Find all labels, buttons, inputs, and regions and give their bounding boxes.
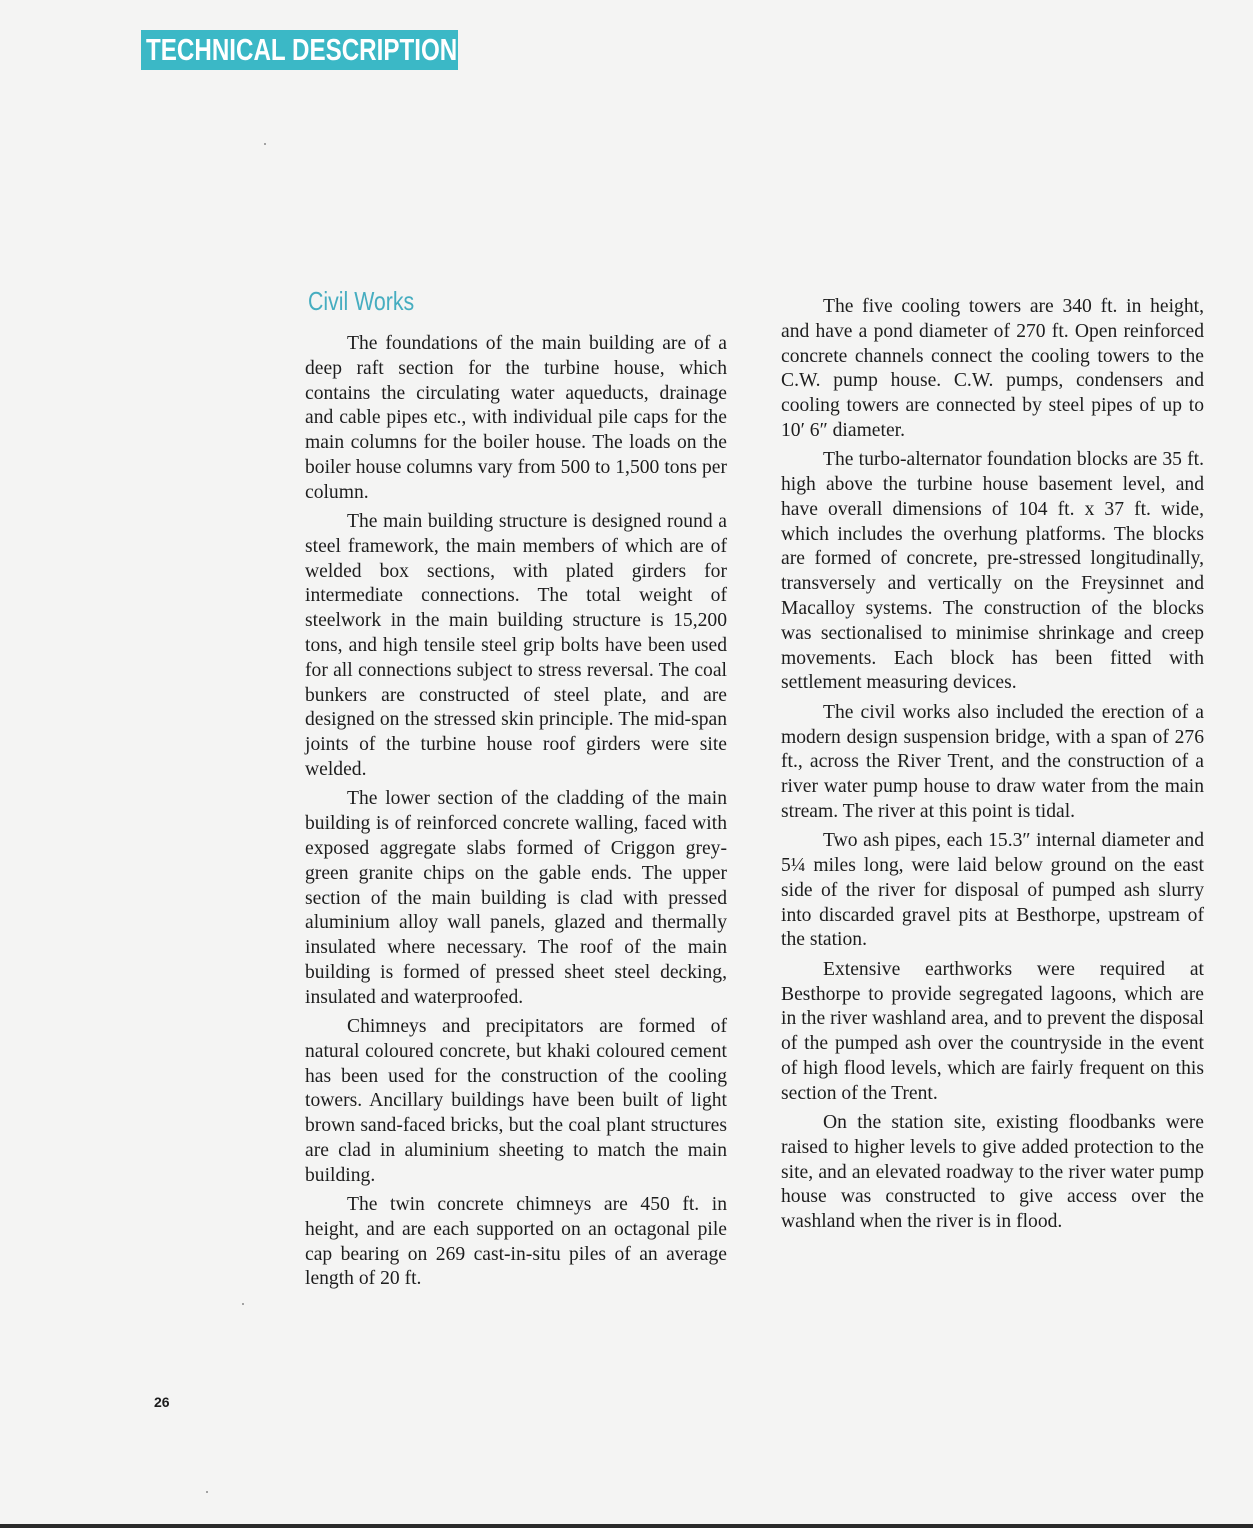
right-text-column: The five cooling towers are 340 ft. in h… — [781, 295, 1204, 1239]
scan-speck — [242, 1303, 244, 1305]
banner-title: TECHNICAL DESCRIPTION — [146, 30, 457, 70]
paragraph-cladding: The lower section of the cladding of the… — [305, 787, 727, 1010]
paragraph-suspension-bridge: The civil works also included the erecti… — [781, 701, 1204, 825]
page-number: 26 — [154, 1394, 170, 1410]
paragraph-main-building-structure: The main building structure is designed … — [305, 510, 727, 783]
section-heading-text: Civil Works — [308, 285, 414, 317]
paragraph-ash-pipes: Two ash pipes, each 15.3″ internal diame… — [781, 829, 1204, 953]
paragraph-cooling-towers: The five cooling towers are 340 ft. in h… — [781, 295, 1204, 444]
left-text-column: The foundations of the main building are… — [305, 332, 727, 1297]
paragraph-chimneys-precipitators: Chimneys and precipitators are formed of… — [305, 1015, 727, 1189]
paragraph-twin-chimneys: The twin concrete chimneys are 450 ft. i… — [305, 1193, 727, 1292]
scan-speck — [264, 143, 266, 145]
scan-bottom-edge — [0, 1524, 1253, 1528]
section-banner: TECHNICAL DESCRIPTION — [141, 30, 458, 70]
paragraph-earthworks: Extensive earthworks were required at Be… — [781, 958, 1204, 1107]
scan-speck — [206, 1491, 208, 1493]
paragraph-floodbanks: On the station site, existing floodbanks… — [781, 1111, 1204, 1235]
section-heading: Civil Works — [308, 285, 438, 317]
paragraph-foundations: The foundations of the main building are… — [305, 332, 727, 506]
paragraph-turbo-alternator-foundations: The turbo-alternator foundation blocks a… — [781, 448, 1204, 696]
